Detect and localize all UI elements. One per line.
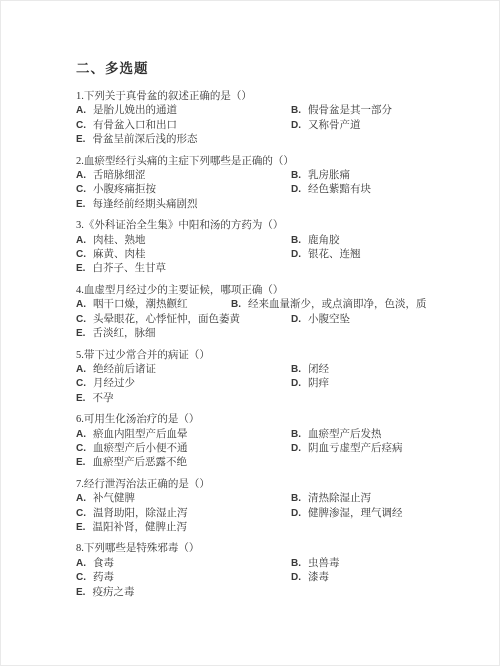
question-3-options-row-1: A.肉桂、熟地 B.鹿角胶: [76, 234, 447, 248]
option-label: D.: [291, 314, 301, 325]
question-8: 8.下列哪些是特殊邪毒（） A.食毒 B.虫兽毒 C.药毒 D.漆毒 E.疫疠之…: [76, 542, 447, 600]
option-text: 肉桂、熟地: [93, 235, 146, 246]
question-8-options-row-2: C.药毒 D.漆毒: [76, 571, 447, 585]
question-1-options-row-3: E.骨盆呈前深后浅的形态: [76, 133, 447, 147]
question-8-option-a: A.食毒: [76, 557, 291, 571]
option-text: 头晕眼花，心悸怔忡，面色萎黄: [93, 314, 240, 325]
question-2-options-row-3: E.每逢经前经期头痛剧烈: [76, 198, 447, 212]
question-2-option-e: E.每逢经前经期头痛剧烈: [76, 198, 291, 212]
question-8-option-d: D.漆毒: [291, 571, 329, 585]
question-7-stem: 7.经行泄泻治法正确的是（）: [76, 478, 447, 492]
option-label: C.: [76, 314, 86, 325]
question-4-options-row-1: A.咽干口燥，潮热颧红 B.经来血量渐少，或点滴即净，色淡，质: [76, 298, 447, 312]
option-text: 银花、连翘: [308, 249, 361, 260]
option-text: 不孕: [92, 393, 113, 404]
question-8-option-b: B.虫兽毒: [291, 557, 340, 571]
question-2: 2.血瘀型经行头痛的主症下列哪些是正确的（） A.舌暗脉细涩 B.乳房胀痛 C.…: [76, 155, 447, 213]
question-5-option-a: A.绝经前后诸证: [76, 363, 291, 377]
option-text: 每逢经前经期头痛剧烈: [92, 199, 197, 210]
option-text: 月经过少: [93, 378, 135, 389]
question-6-options-row-3: E.血瘀型产后恶露不绝: [76, 456, 447, 470]
question-8-options-row-1: A.食毒 B.虫兽毒: [76, 557, 447, 571]
question-5-options-row-2: C.月经过少 D.阴痒: [76, 377, 447, 391]
question-5-option-d: D.阴痒: [291, 377, 329, 391]
question-6: 6.可用生化汤治疗的是（） A.瘀血内阻型产后血晕 B.血瘀型产后发热 C.血瘀…: [76, 413, 447, 471]
option-text: 舌淡红，脉细: [92, 328, 155, 339]
option-text: 疫疠之毒: [92, 587, 134, 598]
question-4-stem: 4.血虚型月经过少的主要证候，哪项正确（）: [76, 284, 447, 298]
question-5: 5.带下过少常合并的病证（） A.绝经前后诸证 B.闭经 C.月经过少 D.阴痒…: [76, 349, 447, 407]
option-label: B.: [291, 364, 301, 375]
question-3-option-c: C.麻黄、肉桂: [76, 248, 291, 262]
option-label: C.: [76, 249, 86, 260]
question-2-option-c: C.小腹疼痛拒按: [76, 183, 291, 197]
option-text: 健脾渗湿，理气调经: [308, 508, 403, 519]
question-7-option-a: A.补气健脾: [76, 492, 291, 506]
option-label: A.: [76, 558, 86, 569]
option-label: B.: [291, 235, 301, 246]
option-label: A.: [76, 493, 86, 504]
question-7-options-row-2: C.温肾助阳，除湿止泻 D.健脾渗湿，理气调经: [76, 507, 447, 521]
question-1-options-row-2: C.有骨盆入口和出口 D.又称骨产道: [76, 119, 447, 133]
question-2-options-row-1: A.舌暗脉细涩 B.乳房胀痛: [76, 169, 447, 183]
question-1-option-b: B.假骨盆是其一部分: [291, 104, 392, 118]
question-8-stem: 8.下列哪些是特殊邪毒（）: [76, 542, 447, 556]
option-text: 麻黄、肉桂: [93, 249, 146, 260]
option-text: 是胎儿娩出的通道: [93, 105, 177, 116]
option-text: 乳房胀痛: [308, 170, 350, 181]
option-label: D.: [291, 508, 301, 519]
option-text: 骨盆呈前深后浅的形态: [92, 134, 197, 145]
section-title: 二、多选题: [76, 57, 447, 77]
option-text: 阴血亏虚型产后痉病: [308, 443, 403, 454]
question-6-option-e: E.血瘀型产后恶露不绝: [76, 456, 291, 470]
option-text: 咽干口燥，潮热颧红: [93, 299, 188, 310]
option-label: A.: [76, 170, 86, 181]
option-label: B.: [231, 299, 241, 310]
option-text: 白芥子、生甘草: [92, 263, 166, 274]
question-2-stem: 2.血瘀型经行头痛的主症下列哪些是正确的（）: [76, 155, 447, 169]
question-1-option-e: E.骨盆呈前深后浅的形态: [76, 133, 291, 147]
option-label: A.: [76, 299, 86, 310]
question-6-stem: 6.可用生化汤治疗的是（）: [76, 413, 447, 427]
option-text: 阴痒: [308, 378, 329, 389]
option-label: E.: [76, 328, 85, 339]
option-label: C.: [76, 572, 86, 583]
question-7-option-d: D.健脾渗湿，理气调经: [291, 507, 403, 521]
question-2-option-a: A.舌暗脉细涩: [76, 169, 291, 183]
question-5-stem: 5.带下过少常合并的病证（）: [76, 349, 447, 363]
option-label: D.: [291, 249, 301, 260]
option-text: 瘀血内阻型产后血晕: [93, 429, 188, 440]
option-text: 漆毒: [308, 572, 329, 583]
question-1: 1.下列关于真骨盆的叙述正确的是（） A.是胎儿娩出的通道 B.假骨盆是其一部分…: [76, 90, 447, 148]
question-5-options-row-1: A.绝经前后诸证 B.闭经: [76, 363, 447, 377]
question-4-options-row-2: C.头晕眼花，心悸怔忡，面色萎黄 D.小腹空坠: [76, 313, 447, 327]
question-1-stem: 1.下列关于真骨盆的叙述正确的是（）: [76, 90, 447, 104]
question-8-option-e: E.疫疠之毒: [76, 586, 291, 600]
option-text: 经来血量渐少，或点滴即净，色淡，质: [248, 299, 427, 310]
question-7-options-row-3: E.温阳补肾，健脾止泻: [76, 521, 447, 535]
option-text: 温肾助阳，除湿止泻: [93, 508, 188, 519]
option-label: A.: [76, 105, 86, 116]
option-label: D.: [291, 120, 301, 131]
question-4-option-d: D.小腹空坠: [291, 313, 350, 327]
option-text: 药毒: [93, 572, 114, 583]
option-label: D.: [291, 443, 301, 454]
question-5-options-row-3: E.不孕: [76, 392, 447, 406]
question-4-options-row-3: E.舌淡红，脉细: [76, 327, 447, 341]
question-1-option-d: D.又称骨产道: [291, 119, 361, 133]
option-label: E.: [76, 199, 85, 210]
option-label: E.: [76, 522, 85, 533]
question-5-option-c: C.月经过少: [76, 377, 291, 391]
question-3-options-row-2: C.麻黄、肉桂 D.银花、连翘: [76, 248, 447, 262]
option-text: 舌暗脉细涩: [93, 170, 146, 181]
option-label: B.: [291, 170, 301, 181]
exam-document: 二、多选题 1.下列关于真骨盆的叙述正确的是（） A.是胎儿娩出的通道 B.假骨…: [1, 1, 499, 600]
question-7-option-c: C.温肾助阳，除湿止泻: [76, 507, 291, 521]
option-label: D.: [291, 378, 301, 389]
option-text: 补气健脾: [93, 493, 135, 504]
option-label: D.: [291, 572, 301, 583]
option-text: 小腹空坠: [308, 314, 350, 325]
option-label: B.: [291, 105, 301, 116]
question-1-options-row-1: A.是胎儿娩出的通道 B.假骨盆是其一部分: [76, 104, 447, 118]
option-label: B.: [291, 429, 301, 440]
option-text: 鹿角胶: [308, 235, 340, 246]
question-5-option-e: E.不孕: [76, 392, 291, 406]
option-text: 经色紫黯有块: [308, 184, 371, 195]
option-text: 有骨盆入口和出口: [93, 120, 177, 131]
question-3: 3.《外科证治全生集》中阳和汤的方药为（） A.肉桂、熟地 B.鹿角胶 C.麻黄…: [76, 219, 447, 277]
question-7-options-row-1: A.补气健脾 B.清热除湿止泻: [76, 492, 447, 506]
option-text: 闭经: [308, 364, 329, 375]
question-1-option-a: A.是胎儿娩出的通道: [76, 104, 291, 118]
option-label: E.: [76, 134, 85, 145]
option-text: 假骨盆是其一部分: [308, 105, 392, 116]
question-6-option-a: A.瘀血内阻型产后血晕: [76, 428, 291, 442]
option-text: 血瘀型产后恶露不绝: [92, 457, 187, 468]
question-3-option-e: E.白芥子、生甘草: [76, 262, 291, 276]
option-text: 小腹疼痛拒按: [93, 184, 156, 195]
option-label: A.: [76, 429, 86, 440]
question-6-options-row-2: C.血瘀型产后小便不通 D.阴血亏虚型产后痉病: [76, 442, 447, 456]
question-5-option-b: B.闭经: [291, 363, 329, 377]
option-label: C.: [76, 378, 86, 389]
question-4-option-e: E.舌淡红，脉细: [76, 327, 291, 341]
question-2-option-d: D.经色紫黯有块: [291, 183, 371, 197]
question-6-options-row-1: A.瘀血内阻型产后血晕 B.血瘀型产后发热: [76, 428, 447, 442]
option-text: 血瘀型产后发热: [308, 429, 382, 440]
option-text: 清热除湿止泻: [308, 493, 371, 504]
question-4-option-b: B.经来血量渐少，或点滴即净，色淡，质: [231, 298, 427, 312]
question-2-options-row-2: C.小腹疼痛拒按 D.经色紫黯有块: [76, 183, 447, 197]
option-label: B.: [291, 558, 301, 569]
option-label: E.: [76, 393, 85, 404]
option-label: E.: [76, 587, 85, 598]
option-label: C.: [76, 443, 86, 454]
option-text: 绝经前后诸证: [93, 364, 156, 375]
question-3-option-a: A.肉桂、熟地: [76, 234, 291, 248]
question-3-stem: 3.《外科证治全生集》中阳和汤的方药为（）: [76, 219, 447, 233]
exam-page-background: { "exam": { "section_title": "二、多选题", "q…: [0, 0, 500, 666]
option-text: 温阳补肾，健脾止泻: [92, 522, 187, 533]
option-label: E.: [76, 263, 85, 274]
question-7: 7.经行泄泻治法正确的是（） A.补气健脾 B.清热除湿止泻 C.温肾助阳，除湿…: [76, 478, 447, 536]
option-label: B.: [291, 493, 301, 504]
question-1-option-c: C.有骨盆入口和出口: [76, 119, 291, 133]
option-label: D.: [291, 184, 301, 195]
question-4-option-c: C.头晕眼花，心悸怔忡，面色萎黄: [76, 313, 291, 327]
question-6-option-d: D.阴血亏虚型产后痉病: [291, 442, 403, 456]
question-3-option-d: D.银花、连翘: [291, 248, 361, 262]
question-8-option-c: C.药毒: [76, 571, 291, 585]
option-label: C.: [76, 184, 86, 195]
option-label: C.: [76, 508, 86, 519]
question-4-option-a: A.咽干口燥，潮热颧红: [76, 298, 231, 312]
option-label: E.: [76, 457, 85, 468]
option-label: C.: [76, 120, 86, 131]
question-6-option-b: B.血瘀型产后发热: [291, 428, 382, 442]
question-3-options-row-3: E.白芥子、生甘草: [76, 262, 447, 276]
question-3-option-b: B.鹿角胶: [291, 234, 340, 248]
option-text: 虫兽毒: [308, 558, 340, 569]
question-8-options-row-3: E.疫疠之毒: [76, 586, 447, 600]
question-7-option-e: E.温阳补肾，健脾止泻: [76, 521, 291, 535]
option-label: A.: [76, 235, 86, 246]
question-7-option-b: B.清热除湿止泻: [291, 492, 371, 506]
option-text: 又称骨产道: [308, 120, 361, 131]
option-text: 食毒: [93, 558, 114, 569]
question-4: 4.血虚型月经过少的主要证候，哪项正确（） A.咽干口燥，潮热颧红 B.经来血量…: [76, 284, 447, 342]
option-label: A.: [76, 364, 86, 375]
option-text: 血瘀型产后小便不通: [93, 443, 188, 454]
question-6-option-c: C.血瘀型产后小便不通: [76, 442, 291, 456]
question-2-option-b: B.乳房胀痛: [291, 169, 350, 183]
